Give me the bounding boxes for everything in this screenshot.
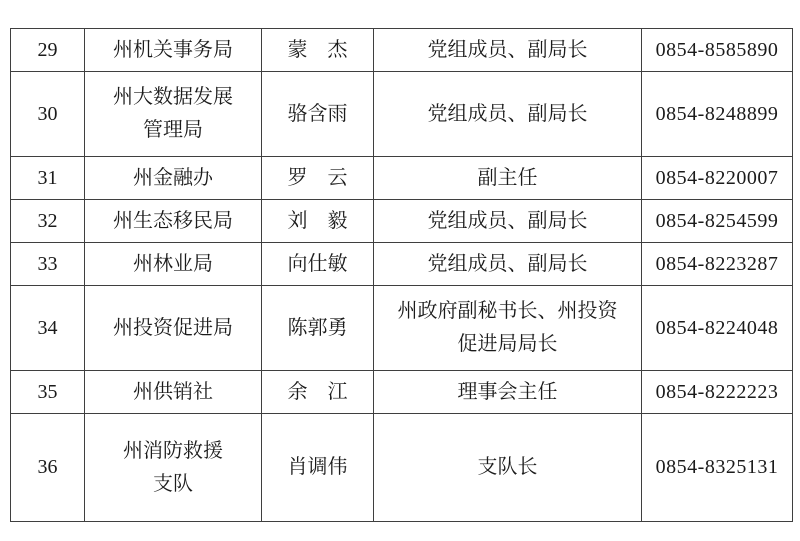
department-cell: 州生态移民局	[85, 200, 262, 243]
phone-cell: 0854-8325131	[642, 414, 793, 522]
row-number-cell: 34	[11, 286, 85, 371]
person-name-cell: 刘 毅	[262, 200, 374, 243]
row-number-cell: 36	[11, 414, 85, 522]
position-cell: 党组成员、副局长	[374, 243, 642, 286]
position-cell: 理事会主任	[374, 371, 642, 414]
position-cell: 支队长	[374, 414, 642, 522]
table-row: 29 州机关事务局 蒙 杰 党组成员、副局长 0854-8585890	[11, 29, 793, 72]
phone-cell: 0854-8223287	[642, 243, 793, 286]
phone-cell: 0854-8248899	[642, 72, 793, 157]
person-name-cell: 肖调伟	[262, 414, 374, 522]
phone-cell: 0854-8224048	[642, 286, 793, 371]
contact-directory-table: 29 州机关事务局 蒙 杰 党组成员、副局长 0854-8585890 30 州…	[10, 28, 793, 522]
position-cell: 党组成员、副局长	[374, 29, 642, 72]
document-page: 29 州机关事务局 蒙 杰 党组成员、副局长 0854-8585890 30 州…	[0, 0, 800, 541]
table-row: 33 州林业局 向仕敏 党组成员、副局长 0854-8223287	[11, 243, 793, 286]
person-name-cell: 陈郭勇	[262, 286, 374, 371]
person-name-cell: 余 江	[262, 371, 374, 414]
position-cell: 党组成员、副局长	[374, 200, 642, 243]
table-row: 36 州消防救援 支队 肖调伟 支队长 0854-8325131	[11, 414, 793, 522]
department-cell: 州金融办	[85, 157, 262, 200]
department-cell: 州消防救援 支队	[85, 414, 262, 522]
person-name-cell: 蒙 杰	[262, 29, 374, 72]
department-cell: 州投资促进局	[85, 286, 262, 371]
department-cell: 州林业局	[85, 243, 262, 286]
position-cell: 党组成员、副局长	[374, 72, 642, 157]
person-name-cell: 罗 云	[262, 157, 374, 200]
phone-cell: 0854-8220007	[642, 157, 793, 200]
row-number-cell: 35	[11, 371, 85, 414]
department-cell: 州大数据发展 管理局	[85, 72, 262, 157]
table-row: 32 州生态移民局 刘 毅 党组成员、副局长 0854-8254599	[11, 200, 793, 243]
row-number-cell: 29	[11, 29, 85, 72]
row-number-cell: 32	[11, 200, 85, 243]
person-name-cell: 骆含雨	[262, 72, 374, 157]
position-cell: 副主任	[374, 157, 642, 200]
row-number-cell: 33	[11, 243, 85, 286]
phone-cell: 0854-8222223	[642, 371, 793, 414]
position-cell: 州政府副秘书长、州投资 促进局局长	[374, 286, 642, 371]
table-row: 35 州供销社 余 江 理事会主任 0854-8222223	[11, 371, 793, 414]
row-number-cell: 30	[11, 72, 85, 157]
table-row: 31 州金融办 罗 云 副主任 0854-8220007	[11, 157, 793, 200]
phone-cell: 0854-8585890	[642, 29, 793, 72]
table-row: 30 州大数据发展 管理局 骆含雨 党组成员、副局长 0854-8248899	[11, 72, 793, 157]
phone-cell: 0854-8254599	[642, 200, 793, 243]
person-name-cell: 向仕敏	[262, 243, 374, 286]
row-number-cell: 31	[11, 157, 85, 200]
department-cell: 州供销社	[85, 371, 262, 414]
table-row: 34 州投资促进局 陈郭勇 州政府副秘书长、州投资 促进局局长 0854-822…	[11, 286, 793, 371]
department-cell: 州机关事务局	[85, 29, 262, 72]
